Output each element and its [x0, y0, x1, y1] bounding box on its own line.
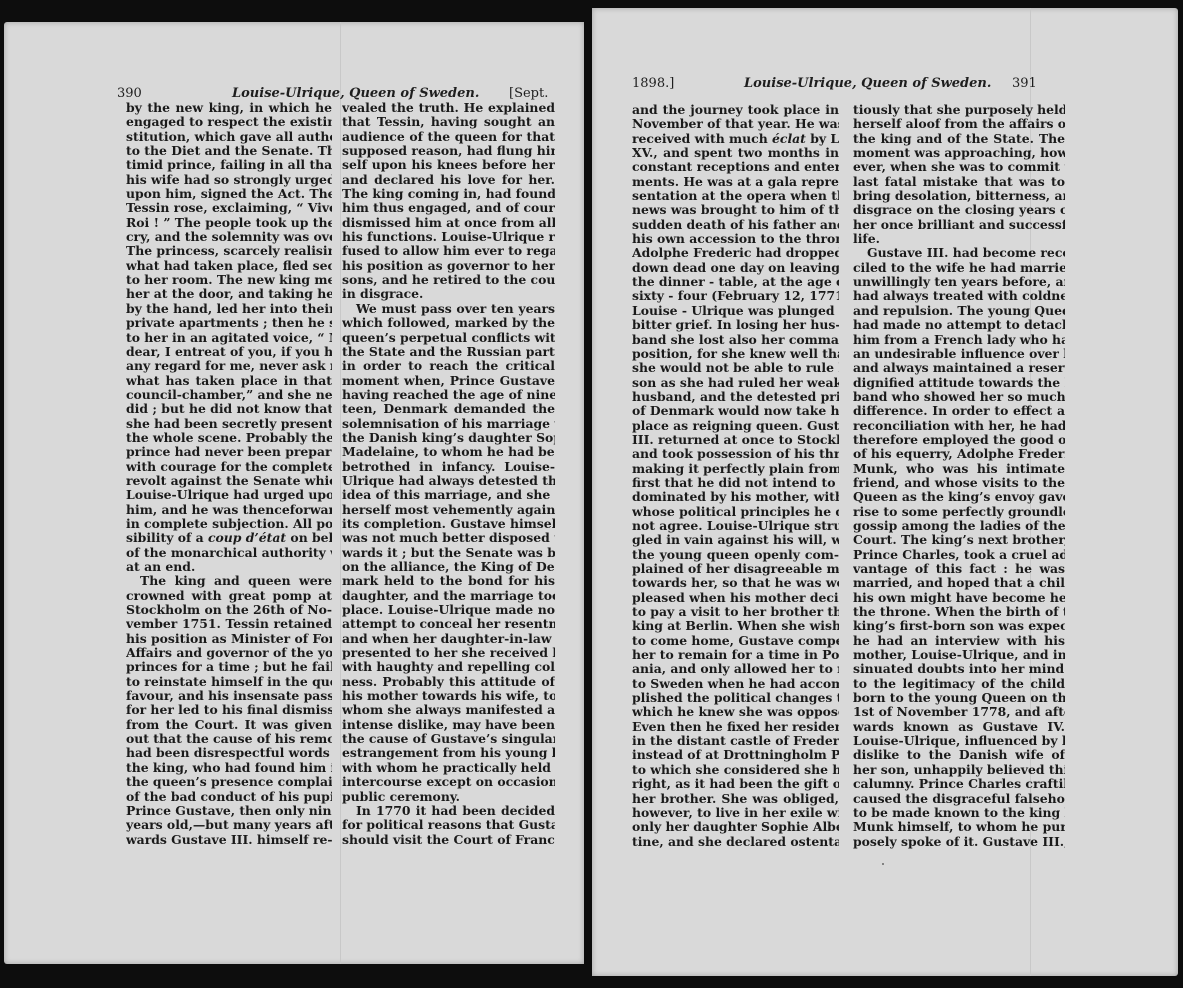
text-line: tine, and she declared ostenta-: [632, 835, 839, 849]
text-line: the State and the Russian party,: [342, 345, 555, 359]
text-line: sixty - four (February 12, 1771).: [632, 289, 839, 303]
text-line: dear, I entreat of you, if you have: [126, 345, 332, 359]
text-line: engaged to respect the existing con-: [126, 115, 332, 129]
text-line: only her daughter Sophie Alber-: [632, 820, 839, 834]
text-line: 1st of November 1778, and after-: [853, 705, 1065, 719]
text-line: betrothed in infancy. Louise-: [342, 460, 555, 474]
text-line: to her room. The new king met: [126, 273, 332, 287]
text-line: Roi ! ” The people took up the: [126, 216, 332, 230]
text-line: his position as governor to her: [342, 259, 555, 273]
running-title: Louise-Ulrique, Queen of Sweden.: [232, 86, 479, 101]
text-line: Louise-Ulrique had urged upon: [126, 488, 332, 502]
text-line: unwillingly ten years before, and: [853, 275, 1065, 289]
text-line: audience of the queen for that: [342, 130, 555, 144]
text-line: solemnisation of his marriage with: [342, 417, 555, 431]
text-line: and always maintained a reserved,: [853, 361, 1065, 375]
text-line: right, as it had been the gift of: [632, 777, 839, 791]
text-line: the king, who had found him in: [126, 761, 332, 775]
right-page: 1898.] Louise-Ulrique, Queen of Sweden. …: [592, 8, 1178, 976]
text-line: he had an interview with his: [853, 634, 1065, 648]
text-line: last fatal mistake that was to: [853, 175, 1065, 189]
text-line: prince had never been prepared: [126, 445, 332, 459]
text-line: daughter, and the marriage took: [342, 589, 555, 603]
text-line: herself aloof from the affairs of: [853, 117, 1065, 131]
text-line: pleased when his mother decided: [632, 591, 839, 605]
text-line: dislike to the Danish wife of: [853, 748, 1065, 762]
text-line: down dead one day on leaving: [632, 261, 839, 275]
text-line: timid prince, failing in all that: [126, 158, 332, 172]
text-line: for political reasons that Gustave: [342, 818, 555, 832]
text-line: had always treated with coldness: [853, 289, 1065, 303]
text-line: calumny. Prince Charles craftily: [853, 777, 1065, 791]
text-line: band she lost also her commanding: [632, 333, 839, 347]
text-line: him thus engaged, and of course: [342, 201, 555, 215]
text-line: the Danish king’s daughter Sophie: [342, 431, 555, 445]
text-line: wards known as Gustave IV.: [853, 720, 1065, 734]
text-column-left-2: vealed the truth. He explainedthat Tessi…: [342, 101, 555, 847]
text-line: ments. He was at a gala repre-: [632, 175, 839, 189]
text-line: his position as Minister of Foreign: [126, 632, 332, 646]
text-line: news was brought to him of the: [632, 203, 839, 217]
text-line: her at the door, and taking her: [126, 287, 332, 301]
text-line: had been disrespectful words to: [126, 746, 332, 760]
text-line: sudden death of his father and: [632, 218, 839, 232]
text-line: stitution, which gave all authority: [126, 130, 332, 144]
text-line: Louise - Ulrique was plunged in: [632, 304, 839, 318]
text-line: the whole scene. Probably the: [126, 431, 332, 445]
text-line: she would not be able to rule her: [632, 361, 839, 375]
text-line: cry, and the solemnity was over.: [126, 230, 332, 244]
text-line: vantage of this fact : he was: [853, 562, 1065, 576]
text-line: gossip among the ladies of the: [853, 519, 1065, 533]
text-line: making it perfectly plain from the: [632, 462, 839, 476]
text-line: which followed, marked by the: [342, 316, 555, 330]
text-line: intense dislike, may have been: [342, 718, 555, 732]
text-line: the young queen openly com-: [632, 548, 839, 562]
text-line: and the journey took place in: [632, 103, 839, 117]
text-line: his mother towards his wife, to: [342, 689, 555, 703]
text-line: revolt against the Senate which: [126, 474, 332, 488]
text-line: born to the young Queen on the: [853, 691, 1065, 705]
text-line: an undesirable influence over him,: [853, 347, 1065, 361]
text-line: her to remain for a time in Pomer-: [632, 648, 839, 662]
text-line: by the new king, in which he: [126, 101, 332, 115]
text-line: at an end.: [126, 560, 332, 574]
page-number: 390: [117, 86, 142, 101]
text-line: Even then he fixed her residence: [632, 720, 839, 734]
text-line: husband, and the detested princess: [632, 390, 839, 404]
text-line: ever, when she was to commit the: [853, 160, 1065, 174]
text-line: Adolphe Frederic had dropped: [632, 246, 839, 260]
text-line: upon him, signed the Act. Then: [126, 187, 332, 201]
text-line: had made no attempt to detach: [853, 318, 1065, 332]
text-line: Ulrique had always detested the: [342, 474, 555, 488]
text-line: on the alliance, the King of Den-: [342, 560, 555, 574]
text-line: Gustave III. had become recon-: [853, 246, 1065, 260]
text-line: her son, unhappily believed this: [853, 763, 1065, 777]
text-column-left-1: by the new king, in which heengaged to r…: [126, 101, 332, 847]
text-line: first that he did not intend to be: [632, 476, 839, 490]
text-line: bring desolation, bitterness, and: [853, 189, 1065, 203]
text-line: however, to live in her exile with: [632, 806, 839, 820]
text-line: caused the disgraceful falsehood: [853, 792, 1065, 806]
text-line: to the legitimacy of the child: [853, 677, 1065, 691]
text-line: in the distant castle of Frederichof: [632, 734, 839, 748]
text-line: Stockholm on the 26th of No-: [126, 603, 332, 617]
text-line: Munk, who was his intimate: [853, 462, 1065, 476]
text-line: sons, and he retired to the country: [342, 273, 555, 287]
text-line: queen’s perpetual conflicts with: [342, 331, 555, 345]
text-line: to reinstate himself in the queen’s: [126, 675, 332, 689]
text-line: to come home, Gustave compelled: [632, 634, 839, 648]
text-line: Madelaine, to whom he had been: [342, 445, 555, 459]
text-line: the king and of the State. The: [853, 132, 1065, 146]
text-line: what has taken place in that: [126, 374, 332, 388]
text-line: him from a French lady who had: [853, 333, 1065, 347]
text-line: king at Berlin. When she wished: [632, 619, 839, 633]
text-line: III. returned at once to Stockholm: [632, 433, 839, 447]
text-line: sentation at the opera when the: [632, 189, 839, 203]
text-line: years old,—but many years after-: [126, 818, 332, 832]
text-line: moment was approaching, how-: [853, 146, 1065, 160]
text-line: position, for she knew well that: [632, 347, 839, 361]
text-line: her once brilliant and successful: [853, 218, 1065, 232]
text-column-right-2: tiously that she purposely heldherself a…: [853, 103, 1065, 849]
text-line: bitter grief. In losing her hus-: [632, 318, 839, 332]
text-line: she had been secretly present at: [126, 417, 332, 431]
text-line: life.: [853, 232, 1065, 246]
text-line: to be made known to the king by: [853, 806, 1065, 820]
text-line: the throne. When the birth of the: [853, 605, 1065, 619]
text-line: in disgrace.: [342, 287, 555, 301]
text-line: his functions. Louise-Ulrique re-: [342, 230, 555, 244]
text-line: vember 1751. Tessin retained: [126, 617, 332, 631]
date-mark: [Sept.: [509, 86, 548, 101]
text-line: idea of this marriage, and she set: [342, 488, 555, 502]
text-line: of his equerry, Adolphe Frederic: [853, 447, 1065, 461]
text-line: which he knew she was opposed.: [632, 705, 839, 719]
text-line: any regard for me, never ask me: [126, 359, 332, 373]
text-column-right-1: and the journey took place inNovember of…: [632, 103, 839, 849]
text-line: from the Court. It was given: [126, 718, 332, 732]
text-line: The princess, scarcely realising: [126, 244, 332, 258]
text-line: and when her daughter-in-law was: [342, 632, 555, 646]
text-line: of the monarchical authority was: [126, 546, 332, 560]
text-line: plained of her disagreeable manner: [632, 562, 839, 576]
text-line: We must pass over ten years: [342, 302, 555, 316]
text-line: place as reigning queen. Gustave: [632, 419, 839, 433]
text-line: to her in an agitated voice, “ My: [126, 331, 332, 345]
text-line: and declared his love for her.: [342, 173, 555, 187]
text-line: ania, and only allowed her to return: [632, 662, 839, 676]
text-line: his wife had so strongly urged: [126, 173, 332, 187]
text-line: to which she considered she had a: [632, 763, 839, 777]
text-line: was not much better disposed to-: [342, 531, 555, 545]
right-page-header: 1898.] Louise-Ulrique, Queen of Sweden. …: [592, 76, 1178, 96]
text-line: whose political principles he did: [632, 505, 839, 519]
text-line: self upon his knees before her: [342, 158, 555, 172]
text-line: estrangement from his young bride,: [342, 746, 555, 760]
text-line: herself most vehemently against: [342, 503, 555, 517]
text-line: council-chamber,” and she never: [126, 388, 332, 402]
text-line: the dinner - table, at the age of: [632, 275, 839, 289]
text-line: difference. In order to effect a: [853, 404, 1065, 418]
text-line: king’s first-born son was expected,: [853, 619, 1065, 633]
text-line: with courage for the complete: [126, 460, 332, 474]
text-line: with whom he practically held no: [342, 761, 555, 775]
text-line: tiously that she purposely held: [853, 103, 1065, 117]
text-line: private apartments ; then he said: [126, 316, 332, 330]
text-line: wards Gustave III. himself re-: [126, 833, 332, 847]
text-line: Affairs and governor of the young: [126, 646, 332, 660]
text-line: his own accession to the throne.: [632, 232, 839, 246]
text-line: received with much éclat by Louis: [632, 132, 839, 146]
text-line: whom she always manifested an: [342, 703, 555, 717]
text-line: Queen as the king’s envoy gave: [853, 490, 1065, 504]
text-line: gled in vain against his will, while: [632, 533, 839, 547]
text-line: sinuated doubts into her mind as: [853, 662, 1065, 676]
text-line: ness. Probably this attitude of: [342, 675, 555, 689]
text-line: for her led to his final dismissal: [126, 703, 332, 717]
text-line: towards her, so that he was well: [632, 576, 839, 590]
text-line: sibility of a coup d’état on behalf: [126, 531, 332, 545]
text-line: ciled to the wife he had married: [853, 261, 1065, 275]
text-line: presented to her she received her: [342, 646, 555, 660]
text-line: dominated by his mother, with: [632, 490, 839, 504]
text-line: public ceremony.: [342, 790, 555, 804]
text-line: to pay a visit to her brother the: [632, 605, 839, 619]
page-number: 391: [1012, 76, 1037, 91]
text-line: her brother. She was obliged,: [632, 792, 839, 806]
text-line: November of that year. He was: [632, 117, 839, 131]
text-line: dismissed him at once from all: [342, 216, 555, 230]
text-line: did ; but he did not know that: [126, 402, 332, 416]
text-line: disgrace on the closing years of: [853, 203, 1065, 217]
paper-speck: [882, 863, 884, 865]
text-line: his own might have become heir to: [853, 591, 1065, 605]
text-line: intercourse except on occasions of: [342, 775, 555, 789]
text-line: him, and he was thenceforward: [126, 503, 332, 517]
text-line: with haughty and repelling cold-: [342, 660, 555, 674]
text-line: In 1770 it had been decided: [342, 804, 555, 818]
text-line: friend, and whose visits to the: [853, 476, 1065, 490]
running-title: Louise-Ulrique, Queen of Sweden.: [744, 76, 991, 91]
text-line: Louise-Ulrique, influenced by her: [853, 734, 1065, 748]
text-line: instead of at Drottningholm Palace,: [632, 748, 839, 762]
text-line: favour, and his insensate passion: [126, 689, 332, 703]
text-line: The king coming in, had found: [342, 187, 555, 201]
text-line: therefore employed the good offices: [853, 433, 1065, 447]
text-line: teen, Denmark demanded the: [342, 402, 555, 416]
text-line: band who showed her so much in-: [853, 390, 1065, 404]
text-line: mark held to the bond for his: [342, 574, 555, 588]
text-line: supposed reason, had flung him-: [342, 144, 555, 158]
text-line: Prince Gustave, then only nine: [126, 804, 332, 818]
text-line: The king and queen were: [126, 574, 332, 588]
text-line: princes for a time ; but he failed: [126, 660, 332, 674]
left-page: 390 Louise-Ulrique, Queen of Sweden. [Se…: [4, 22, 584, 964]
date-mark: 1898.]: [632, 76, 674, 91]
text-line: wards it ; but the Senate was bent: [342, 546, 555, 560]
text-line: reconciliation with her, he had: [853, 419, 1065, 433]
text-line: posely spoke of it. Gustave III.,: [853, 835, 1065, 849]
page-fold-shadow: [340, 22, 341, 964]
text-line: and repulsion. The young Queen: [853, 304, 1065, 318]
text-line: the cause of Gustave’s singular: [342, 732, 555, 746]
text-line: plished the political changes to: [632, 691, 839, 705]
text-line: son as she had ruled her weak: [632, 376, 839, 390]
text-line: of Denmark would now take her: [632, 404, 839, 418]
text-line: crowned with great pomp at: [126, 589, 332, 603]
text-line: its completion. Gustave himself: [342, 517, 555, 531]
text-line: in complete subjection. All pos-: [126, 517, 332, 531]
text-line: by the hand, led her into their: [126, 302, 332, 316]
text-line: mother, Louise-Ulrique, and in-: [853, 648, 1065, 662]
text-line: rise to some perfectly groundless: [853, 505, 1065, 519]
text-line: not agree. Louise-Ulrique strug-: [632, 519, 839, 533]
text-line: to Sweden when he had accom-: [632, 677, 839, 691]
text-line: Tessin rose, exclaiming, “ Vive le: [126, 201, 332, 215]
text-line: out that the cause of his removal: [126, 732, 332, 746]
text-line: having reached the age of nine-: [342, 388, 555, 402]
text-line: and took possession of his throne,: [632, 447, 839, 461]
text-line: Munk himself, to whom he pur-: [853, 820, 1065, 834]
text-line: married, and hoped that a child of: [853, 576, 1065, 590]
text-line: vealed the truth. He explained: [342, 101, 555, 115]
text-line: dignified attitude towards the hus-: [853, 376, 1065, 390]
text-line: attempt to conceal her resentment,: [342, 617, 555, 631]
text-line: Prince Charles, took a cruel ad-: [853, 548, 1065, 562]
text-line: moment when, Prince Gustave: [342, 374, 555, 388]
text-line: place. Louise-Ulrique made no: [342, 603, 555, 617]
text-line: what had taken place, fled secretly: [126, 259, 332, 273]
text-line: the queen’s presence complaining: [126, 775, 332, 789]
text-line: Court. The king’s next brother,: [853, 533, 1065, 547]
text-line: fused to allow him ever to regain: [342, 244, 555, 258]
text-line: should visit the Court of France,: [342, 833, 555, 847]
text-line: to the Diet and the Senate. The: [126, 144, 332, 158]
text-line: constant receptions and entertain-: [632, 160, 839, 174]
text-line: XV., and spent two months in: [632, 146, 839, 160]
text-line: of the bad conduct of his pupil: [126, 790, 332, 804]
text-line: that Tessin, having sought an: [342, 115, 555, 129]
text-line: in order to reach the critical: [342, 359, 555, 373]
